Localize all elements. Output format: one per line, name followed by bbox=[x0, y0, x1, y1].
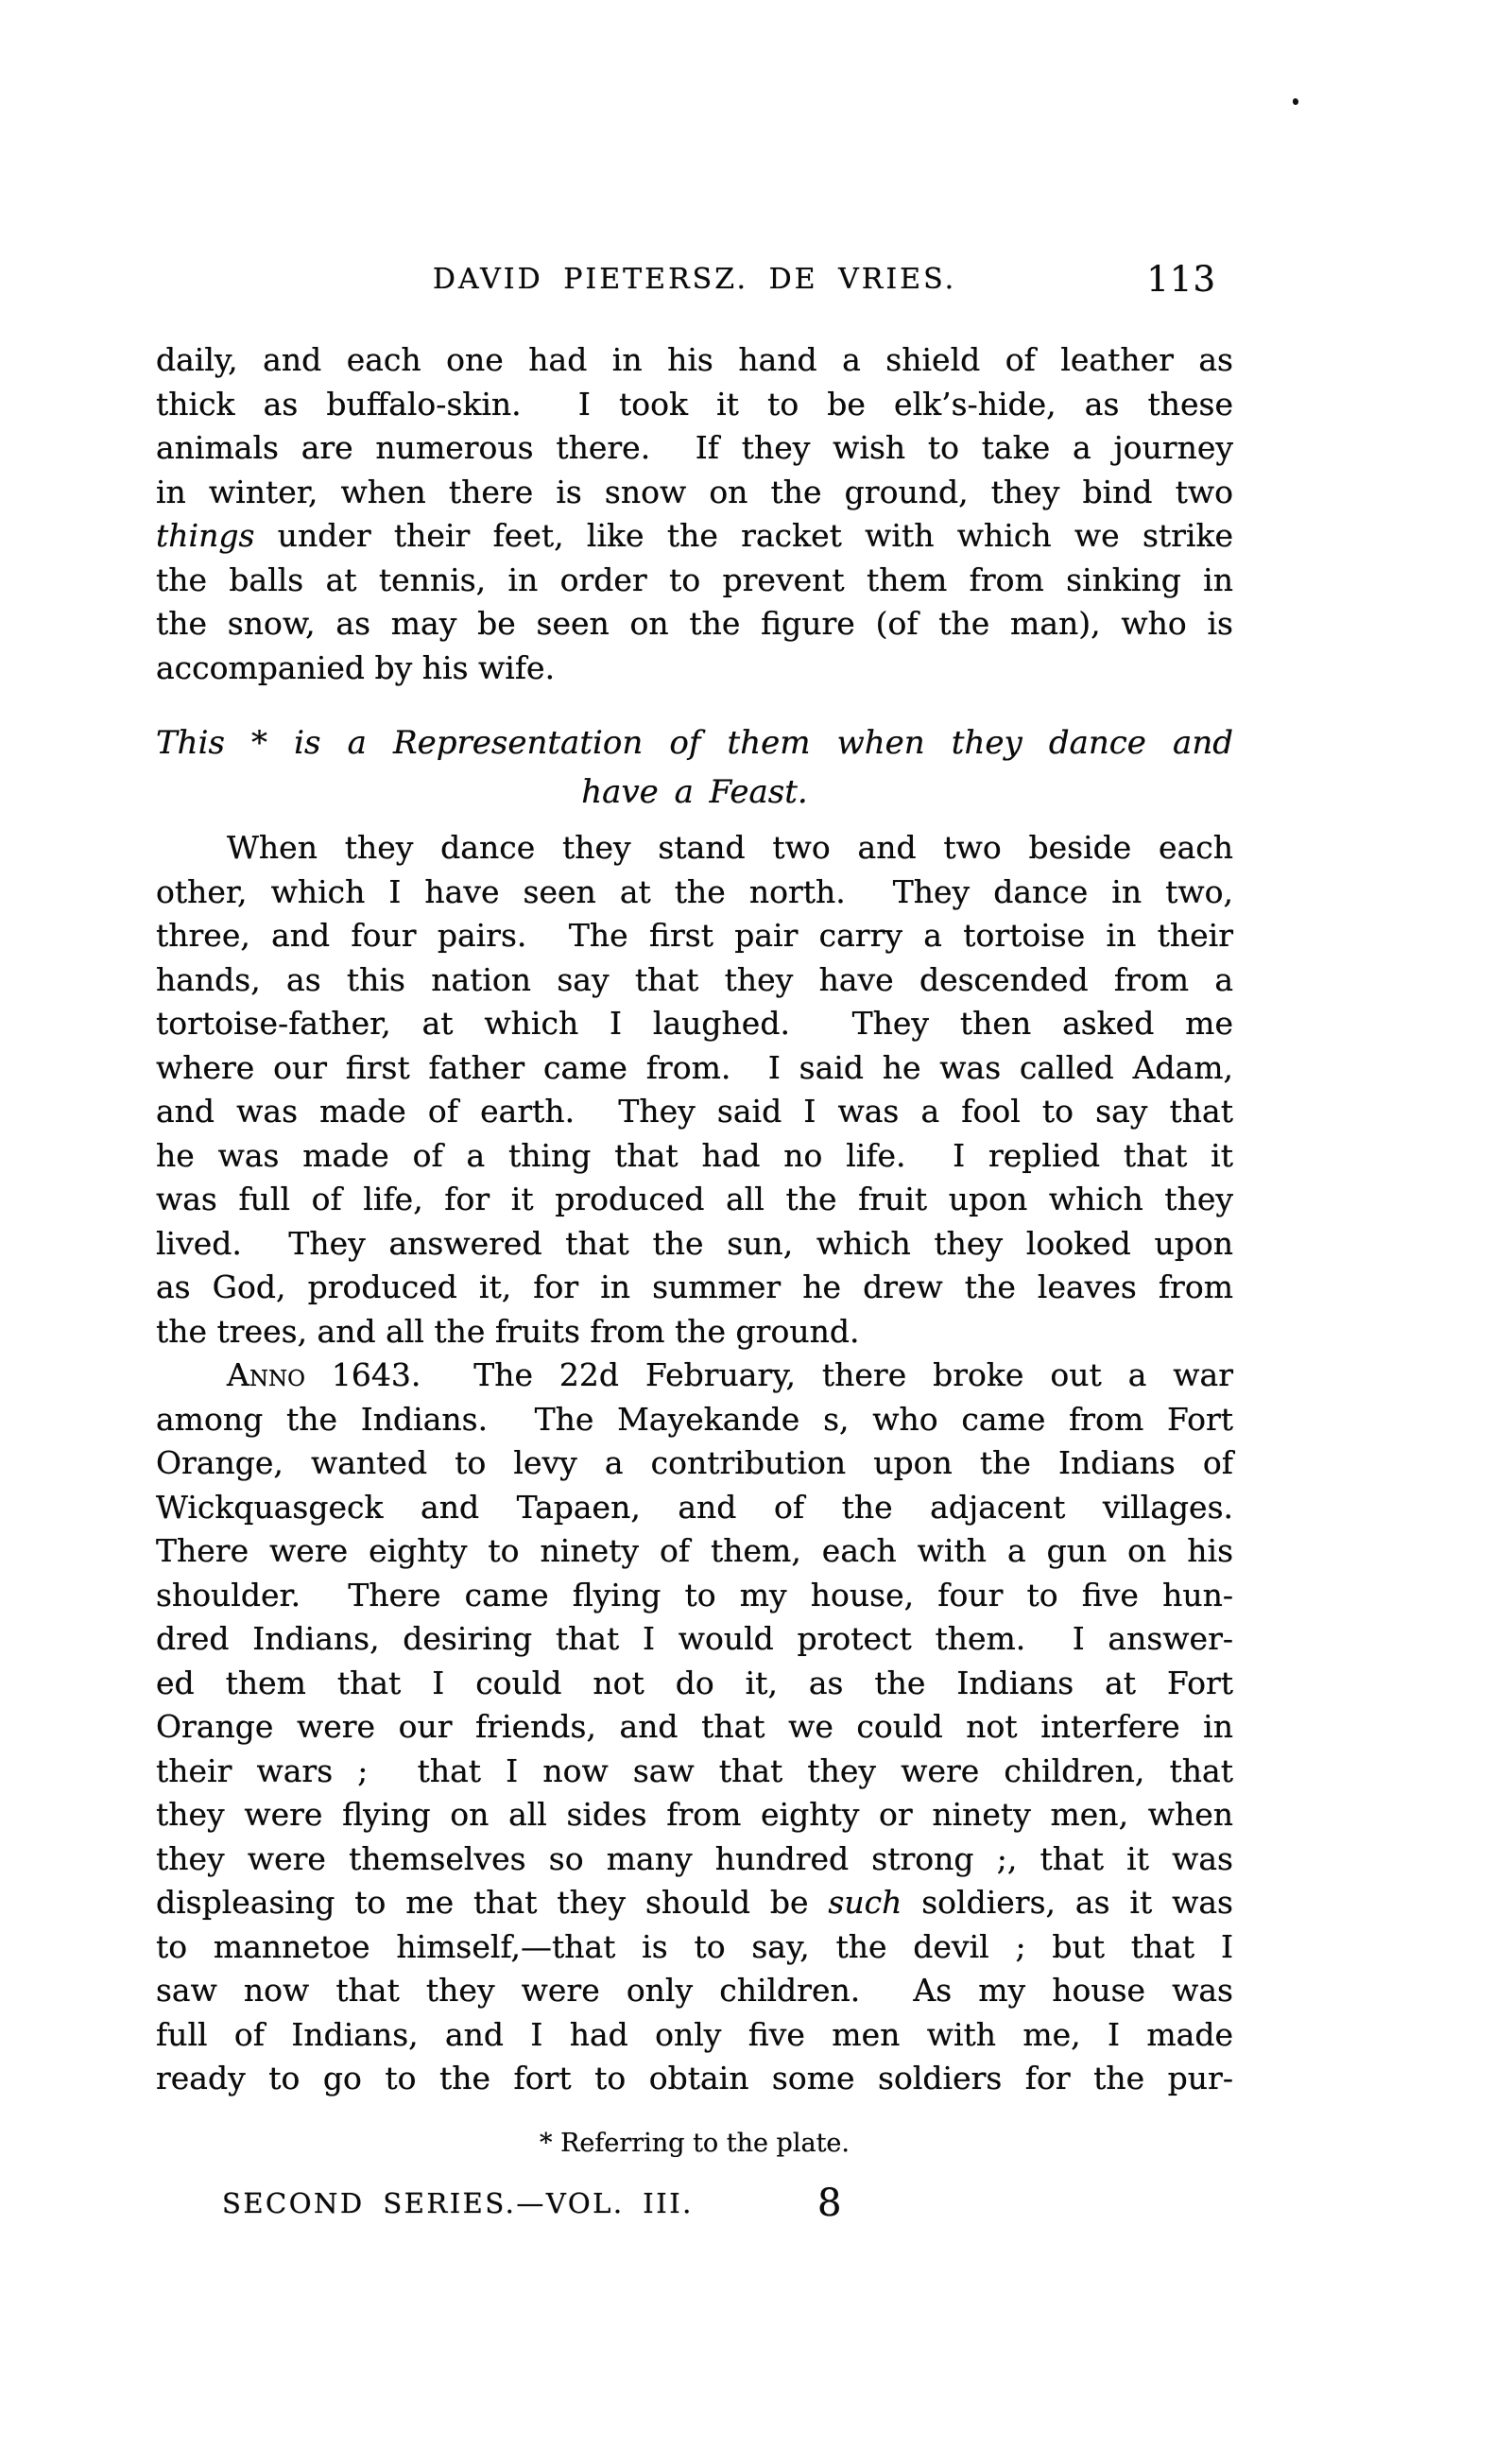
text-line: as God, produced it, for in summer he dr… bbox=[156, 1266, 1233, 1310]
text-line: tortoise-father, at which I laughed. The… bbox=[156, 1002, 1233, 1046]
text-line: to mannetoe himself,—that is to say, the… bbox=[156, 1925, 1233, 1970]
text-line: the trees, and all the fruits from the g… bbox=[156, 1310, 1233, 1354]
text-line: thick as buffalo-skin. I took it to be e… bbox=[156, 383, 1233, 427]
text-line: Orange, wanted to levy a contribution up… bbox=[156, 1441, 1233, 1486]
text-line: things under their feet, like the racket… bbox=[156, 514, 1233, 559]
text-line: There were eighty to ninety of them, eac… bbox=[156, 1529, 1233, 1574]
text-line: full of Indians, and I had only five men… bbox=[156, 2013, 1233, 2058]
text-line: When they dance they stand two and two b… bbox=[156, 826, 1233, 871]
text-line: among the Indians. The Mayekande s, who … bbox=[156, 1398, 1233, 1442]
book-page: DAVID PIETERSZ. DE VRIES. 113 daily, and… bbox=[0, 0, 1512, 2450]
text-line: lived. They answered that the sun, which… bbox=[156, 1222, 1233, 1267]
text-line: they were themselves so many hundred str… bbox=[156, 1837, 1233, 1882]
text-line: daily, and each one had in his hand a sh… bbox=[156, 338, 1233, 383]
text-line: they were flying on all sides from eight… bbox=[156, 1793, 1233, 1837]
signature-row: SECOND SERIES.—VOL. III. 8 bbox=[156, 2182, 1233, 2238]
text-line: dred Indians, desiring that I would prot… bbox=[156, 1617, 1233, 1662]
text-line: ed them that I could not do it, as the I… bbox=[156, 1662, 1233, 1706]
text-line: their wars ; that I now saw that they we… bbox=[156, 1750, 1233, 1794]
text-line: three, and four pairs. The first pair ca… bbox=[156, 914, 1233, 958]
text-line: saw now that they were only children. As… bbox=[156, 1969, 1233, 2013]
text-line: have a Feast. bbox=[156, 768, 1233, 817]
ink-speck bbox=[1293, 98, 1298, 105]
text-line: the snow, as may be seen on the figure (… bbox=[156, 602, 1233, 647]
text-line: displeasing to me that they should be su… bbox=[156, 1881, 1233, 1925]
text-line: This * is a Representation of them when … bbox=[156, 718, 1233, 768]
text-line: in winter, when there is snow on the gro… bbox=[156, 471, 1233, 515]
text-line: the balls at tennis, in order to prevent… bbox=[156, 559, 1233, 603]
text-line: was full of life, for it produced all th… bbox=[156, 1178, 1233, 1222]
sheet-number: 8 bbox=[817, 2182, 841, 2225]
page-number: 113 bbox=[1146, 259, 1216, 300]
footnote: * Referring to the plate. bbox=[156, 2129, 1233, 2158]
paragraph-2: When they dance they stand two and two b… bbox=[156, 826, 1233, 1354]
text-line: accompanied by his wife. bbox=[156, 647, 1233, 691]
running-header: DAVID PIETERSZ. DE VRIES. 113 bbox=[156, 263, 1233, 296]
text-line: Orange were our friends, and that we cou… bbox=[156, 1705, 1233, 1750]
text-line: hands, as this nation say that they have… bbox=[156, 958, 1233, 1003]
text-block: daily, and each one had in his hand a sh… bbox=[156, 338, 1233, 2101]
text-line: shoulder. There came flying to my house,… bbox=[156, 1574, 1233, 1618]
dance-feast-heading: This * is a Representation of them when … bbox=[156, 718, 1233, 817]
text-line: where our first father came from. I said… bbox=[156, 1046, 1233, 1091]
text-line: and was made of earth. They said I was a… bbox=[156, 1090, 1233, 1134]
text-line: Wickquasgeck and Tapaen, and of the adja… bbox=[156, 1486, 1233, 1530]
text-line: he was made of a thing that had no life.… bbox=[156, 1134, 1233, 1179]
running-header-title: DAVID PIETERSZ. DE VRIES. bbox=[433, 263, 956, 296]
series-signature: SECOND SERIES.—VOL. III. bbox=[222, 2187, 694, 2219]
paragraph-1: daily, and each one had in his hand a sh… bbox=[156, 338, 1233, 690]
paragraph-3: Anno 1643. The 22d February, there broke… bbox=[156, 1354, 1233, 2101]
text-line: Anno 1643. The 22d February, there broke… bbox=[156, 1354, 1233, 1398]
text-line: other, which I have seen at the north. T… bbox=[156, 871, 1233, 915]
text-line: ready to go to the fort to obtain some s… bbox=[156, 2057, 1233, 2101]
text-line: animals are numerous there. If they wish… bbox=[156, 426, 1233, 471]
